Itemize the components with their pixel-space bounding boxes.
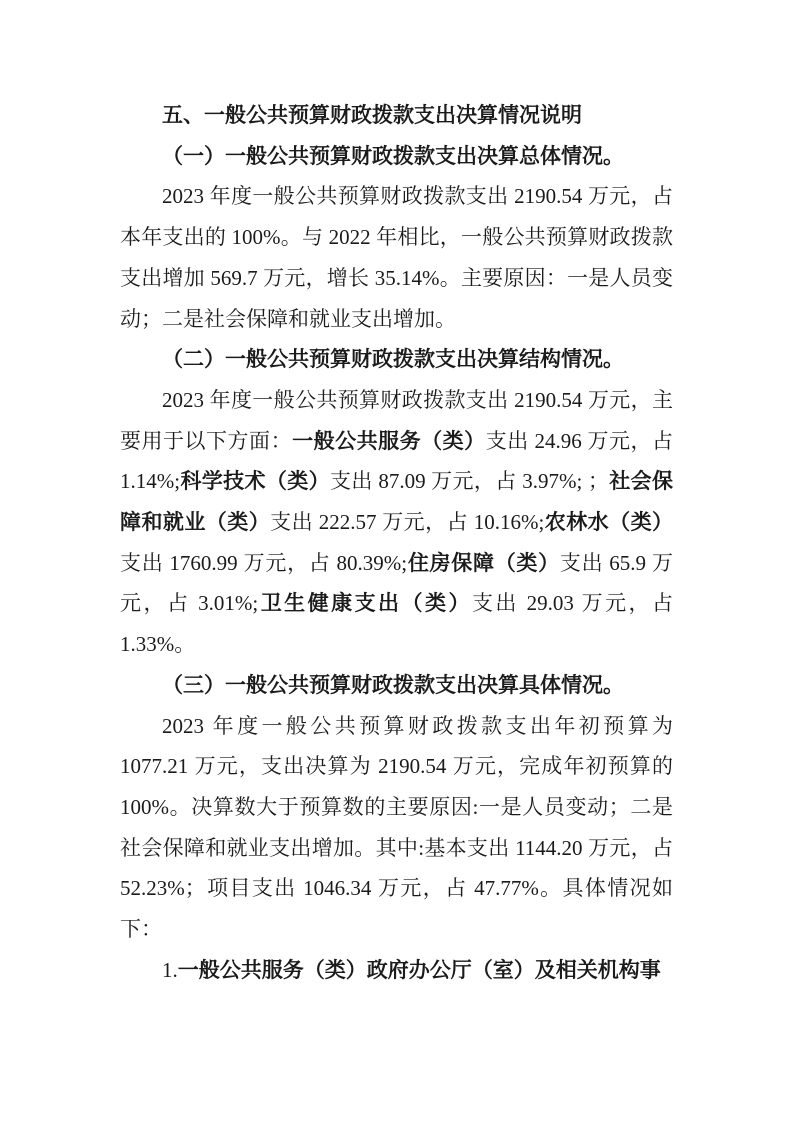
bold-text-segment: 五、一般公共预算财政拨款支出决算情况说明 xyxy=(162,103,582,127)
text-segment: 支出 222.57 万元，占 10.16%; xyxy=(270,510,544,534)
section-heading: 五、一般公共预算财政拨款支出决算情况说明 xyxy=(120,95,673,136)
bold-text-segment: 住房保障（类） xyxy=(407,551,560,575)
bold-text-segment: 卫生健康支出（类） xyxy=(258,591,472,615)
text-segment: 支出 87.09 万元，占 3.97%; ； xyxy=(330,469,609,493)
bold-text-segment: 一般公共服务（类）政府办公厅（室）及相关机构事 xyxy=(178,958,661,982)
bold-text-segment: 科学技术（类） xyxy=(180,469,330,493)
paragraph: 2023 年度一般公共预算财政拨款支出年初预算为 1077.21 万元，支出决算… xyxy=(120,706,673,950)
text-segment: 2023 年度一般公共预算财政拨款支出年初预算为 1077.21 万元，支出决算… xyxy=(120,714,673,942)
text-segment: 2023 年度一般公共预算财政拨款支出 2190.54 万元，占本年支出的 10… xyxy=(120,184,673,330)
paragraph: 2023 年度一般公共预算财政拨款支出 2190.54 万元，占本年支出的 10… xyxy=(120,176,673,339)
section-heading: （二）一般公共预算财政拨款支出决算结构情况。 xyxy=(120,339,673,380)
bold-text-segment: 农林水（类） xyxy=(544,510,673,534)
section-heading: （一）一般公共预算财政拨款支出决算总体情况。 xyxy=(120,136,673,177)
document-page: 五、一般公共预算财政拨款支出决算情况说明（一）一般公共预算财政拨款支出决算总体情… xyxy=(0,0,793,1122)
bold-text-segment: （一）一般公共预算财政拨款支出决算总体情况。 xyxy=(162,144,624,168)
section-heading: （三）一般公共预算财政拨款支出决算具体情况。 xyxy=(120,665,673,706)
bold-text-segment: （三）一般公共预算财政拨款支出决算具体情况。 xyxy=(162,673,624,697)
paragraph: 2023 年度一般公共预算财政拨款支出 2190.54 万元，主要用于以下方面：… xyxy=(120,380,673,665)
paragraph: 1.一般公共服务（类）政府办公厅（室）及相关机构事 xyxy=(120,950,673,991)
bold-text-segment: 一般公共服务（类） xyxy=(292,429,486,453)
document-content: 五、一般公共预算财政拨款支出决算情况说明（一）一般公共预算财政拨款支出决算总体情… xyxy=(120,95,673,990)
text-segment: 1. xyxy=(162,958,178,982)
bold-text-segment: （二）一般公共预算财政拨款支出决算结构情况。 xyxy=(162,347,624,371)
text-segment: 支出 1760.99 万元，占 80.39%; xyxy=(120,551,407,575)
